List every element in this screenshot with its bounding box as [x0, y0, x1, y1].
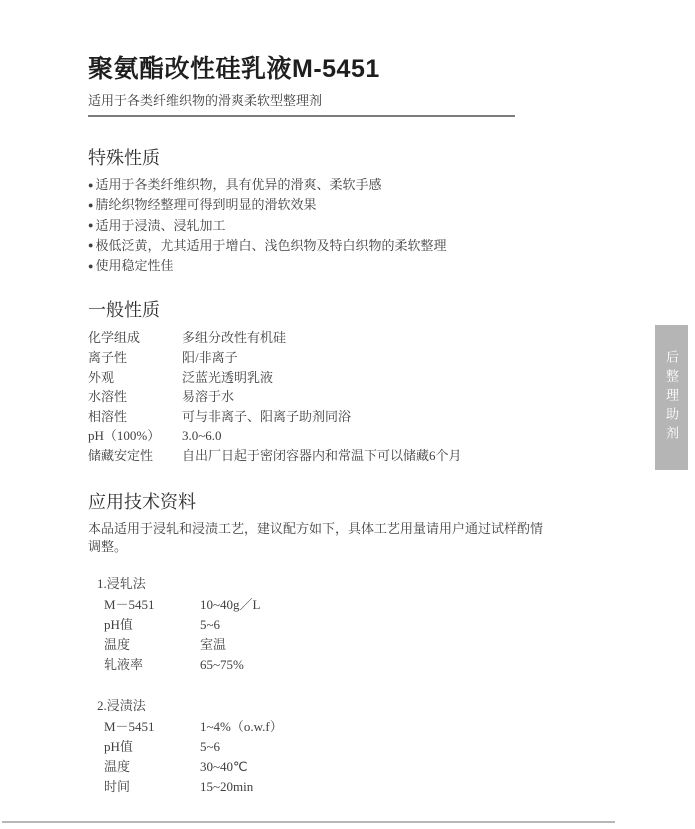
recipe-label: pH值 [104, 615, 200, 635]
property-value: 可与非离子、阳离子助剂同浴 [182, 409, 351, 424]
table-row: 储藏安定性自出厂日起于密闭容器内和常温下可以储藏6个月 [88, 446, 563, 466]
general-properties-table: 化学组成多组分改性有机硅 离子性阳/非离子 外观泛蓝光透明乳液 水溶性易溶于水 … [88, 328, 563, 465]
property-value: 易溶于水 [182, 389, 234, 404]
property-value: 阳/非离子 [182, 350, 238, 365]
property-value: 自出厂日起于密闭容器内和常温下可以储藏6个月 [182, 448, 462, 463]
recipe-label: 温度 [104, 757, 200, 777]
side-tab-label: 后整理助剂 [662, 350, 681, 445]
table-row: 水溶性易溶于水 [88, 387, 563, 407]
section-heading-general: 一般性质 [88, 300, 563, 321]
document-content: 聚氨酯改性硅乳液M-5451 适用于各类纤维织物的滑爽柔软型整理剂 特殊性质 ●… [88, 0, 563, 797]
section-general-properties: 一般性质 化学组成多组分改性有机硅 离子性阳/非离子 外观泛蓝光透明乳液 水溶性… [88, 300, 563, 465]
property-label: 化学组成 [88, 328, 182, 348]
property-label: 相溶性 [88, 407, 182, 427]
recipe-label: pH值 [104, 737, 200, 757]
table-row: 温度室温 [104, 635, 563, 655]
property-label: 储藏安定性 [88, 446, 182, 466]
property-label: 水溶性 [88, 387, 182, 407]
method-dipping: 2.浸渍法 M－54511~4%（o.w.f） pH值5~6 温度30~40℃ … [88, 698, 563, 797]
table-row: pH值5~6 [104, 615, 563, 635]
table-row: 轧液率65~75% [104, 655, 563, 675]
recipe-label: 温度 [104, 635, 200, 655]
table-row: 化学组成多组分改性有机硅 [88, 328, 563, 348]
category-side-tab: 后整理助剂 [655, 325, 688, 470]
bullet-icon: ● [88, 180, 93, 190]
section-special-properties: 特殊性质 ●适用于各类纤维织物，具有优异的滑爽、柔软手感 ●腈纶织物经整理可得到… [88, 148, 563, 276]
recipe-value: 30~40℃ [200, 759, 248, 774]
list-item-text: 腈纶织物经整理可得到明显的滑软效果 [95, 197, 316, 212]
application-intro: 本品适用于浸轧和浸渍工艺，建议配方如下，具体工艺用量请用户通过试样酌情调整。 [88, 520, 550, 556]
table-row: 时间15~20min [104, 777, 563, 797]
list-item: ●适用于各类纤维织物，具有优异的滑爽、柔软手感 [88, 175, 563, 195]
property-value: 泛蓝光透明乳液 [182, 370, 273, 385]
list-item-text: 极低泛黄，尤其适用于增白、浅色织物及特白织物的柔软整理 [95, 238, 446, 253]
table-row: M－545110~40g／L [104, 595, 563, 615]
list-item: ●适用于浸渍、浸轧加工 [88, 216, 563, 236]
list-item: ●腈纶织物经整理可得到明显的滑软效果 [88, 195, 563, 215]
table-row: M－54511~4%（o.w.f） [104, 717, 563, 737]
bullet-icon: ● [88, 200, 93, 210]
recipe-value: 室温 [200, 637, 226, 652]
bullet-icon: ● [88, 240, 93, 250]
section-heading-application: 应用技术资料 [88, 492, 563, 513]
product-title: 聚氨酯改性硅乳液M-5451 [88, 55, 563, 83]
recipe-value: 5~6 [200, 739, 220, 754]
table-row: pH（100%）3.0~6.0 [88, 426, 563, 446]
method-title: 2.浸渍法 [97, 698, 563, 714]
list-item-text: 适用于各类纤维织物，具有优异的滑爽、柔软手感 [95, 177, 381, 192]
recipe-value: 5~6 [200, 617, 220, 632]
section-heading-special: 特殊性质 [88, 148, 563, 169]
property-label: 外观 [88, 368, 182, 388]
section-application-info: 应用技术资料 本品适用于浸轧和浸渍工艺，建议配方如下，具体工艺用量请用户通过试样… [88, 492, 563, 797]
property-label: pH（100%） [88, 426, 182, 446]
recipe-label: 轧液率 [104, 655, 200, 675]
method-padding: 1.浸轧法 M－545110~40g／L pH值5~6 温度室温 轧液率65~7… [88, 576, 563, 675]
product-subtitle: 适用于各类纤维织物的滑爽柔软型整理剂 [88, 93, 563, 109]
property-value: 3.0~6.0 [182, 428, 222, 443]
recipe-label: M－5451 [104, 595, 200, 615]
footer-divider [2, 821, 615, 823]
property-label: 离子性 [88, 348, 182, 368]
table-row: 外观泛蓝光透明乳液 [88, 368, 563, 388]
recipe-value: 65~75% [200, 657, 244, 672]
table-row: pH值5~6 [104, 737, 563, 757]
special-properties-list: ●适用于各类纤维织物，具有优异的滑爽、柔软手感 ●腈纶织物经整理可得到明显的滑软… [88, 175, 563, 276]
property-value: 多组分改性有机硅 [182, 330, 286, 345]
recipe-label: M－5451 [104, 717, 200, 737]
recipe-table: M－54511~4%（o.w.f） pH值5~6 温度30~40℃ 时间15~2… [97, 717, 563, 797]
list-item: ●极低泛黄，尤其适用于增白、浅色织物及特白织物的柔软整理 [88, 236, 563, 256]
recipe-value: 15~20min [200, 779, 253, 794]
recipe-value: 10~40g／L [200, 597, 260, 612]
header-divider [88, 115, 515, 117]
recipe-value: 1~4%（o.w.f） [200, 719, 283, 734]
bullet-icon: ● [88, 261, 93, 271]
table-row: 离子性阳/非离子 [88, 348, 563, 368]
recipe-table: M－545110~40g／L pH值5~6 温度室温 轧液率65~75% [97, 595, 563, 675]
recipe-label: 时间 [104, 777, 200, 797]
method-title: 1.浸轧法 [97, 576, 563, 592]
list-item: ●使用稳定性佳 [88, 256, 563, 276]
table-row: 温度30~40℃ [104, 757, 563, 777]
document-page: 聚氨酯改性硅乳液M-5451 适用于各类纤维织物的滑爽柔软型整理剂 特殊性质 ●… [0, 0, 695, 829]
bullet-icon: ● [88, 220, 93, 230]
table-row: 相溶性可与非离子、阳离子助剂同浴 [88, 407, 563, 427]
list-item-text: 适用于浸渍、浸轧加工 [95, 218, 225, 233]
list-item-text: 使用稳定性佳 [95, 258, 173, 273]
